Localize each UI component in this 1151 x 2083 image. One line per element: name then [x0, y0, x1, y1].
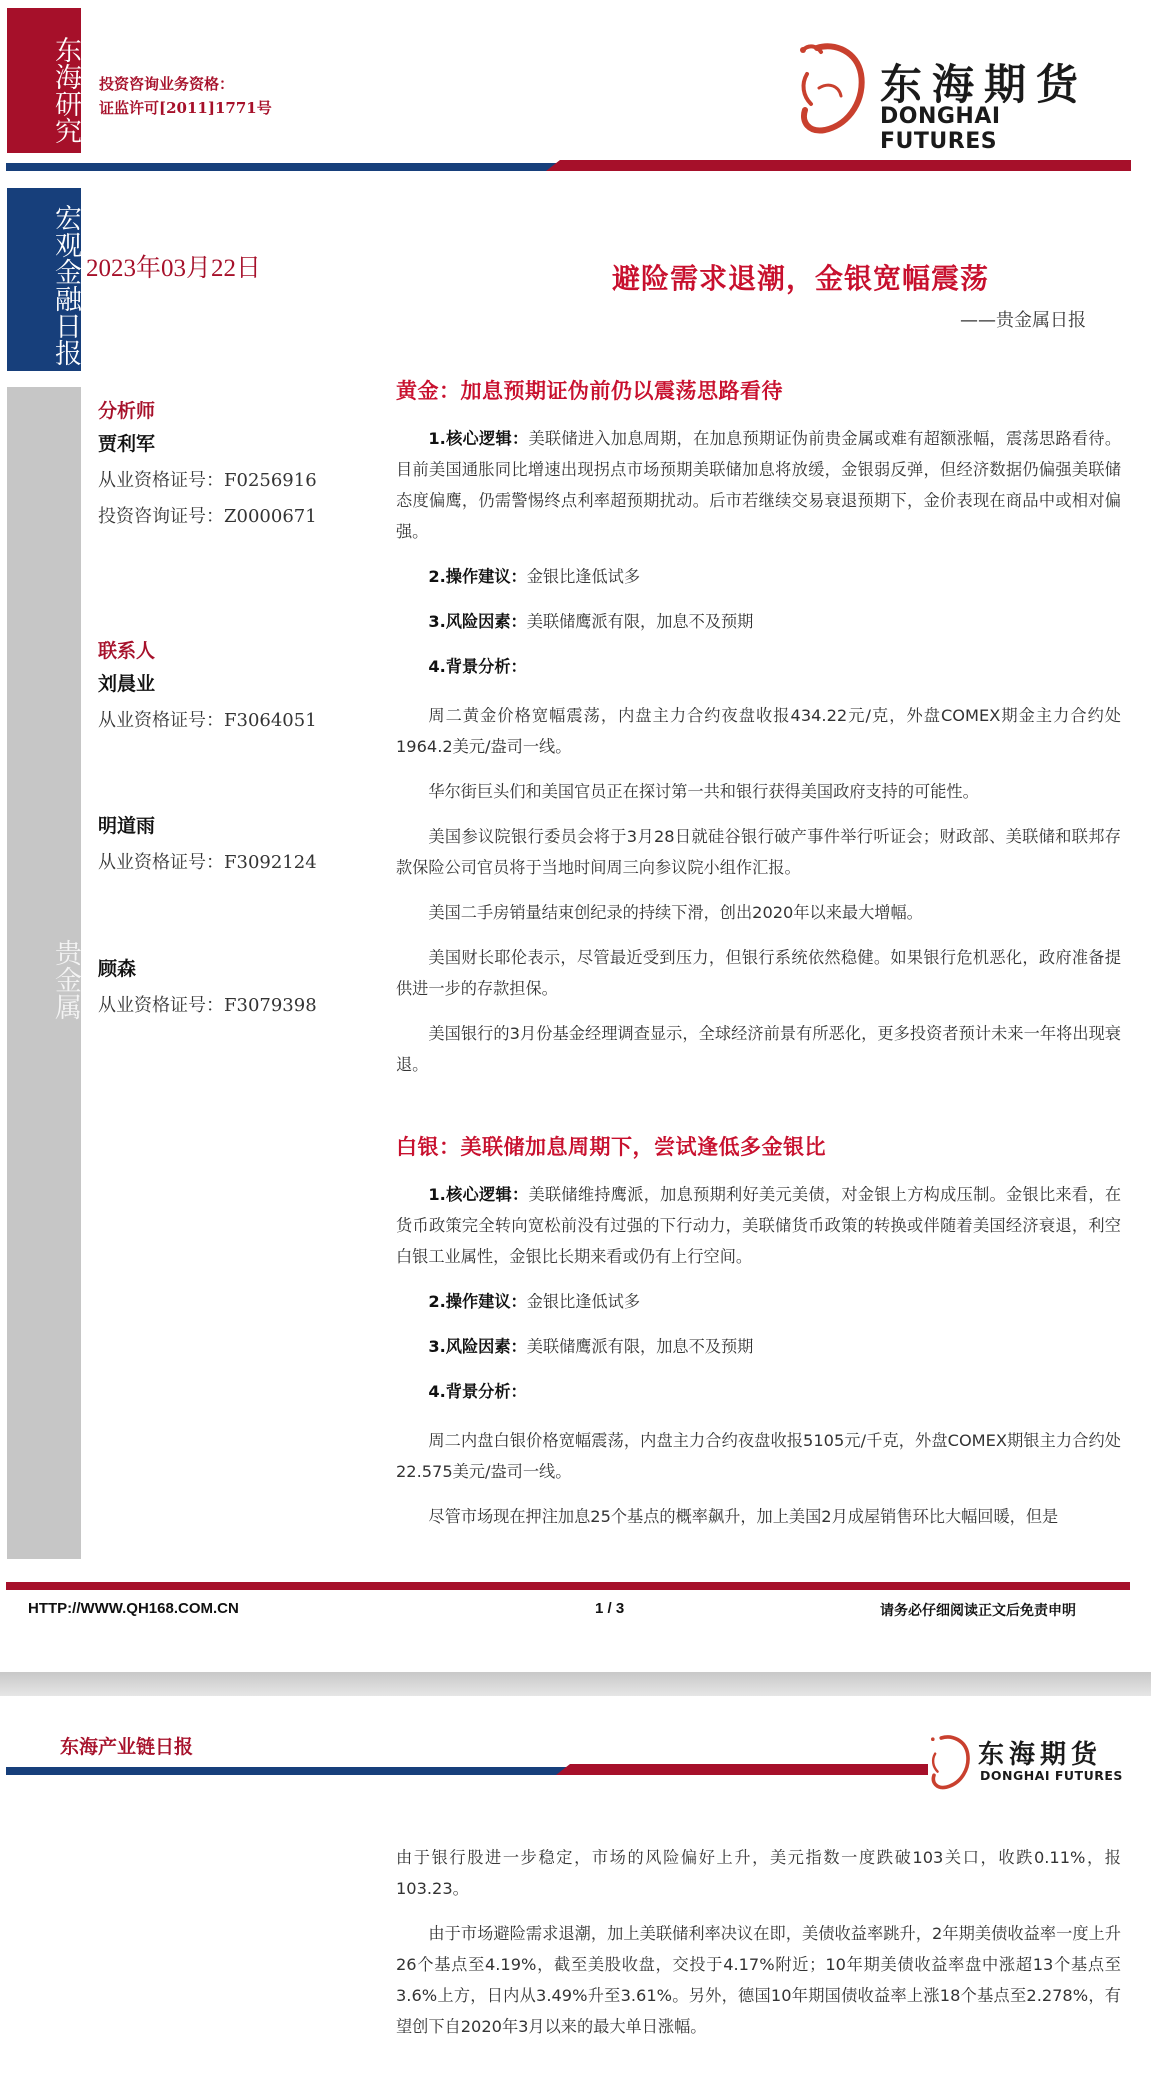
body-paragraph: 由于银行股进一步稳定，市场的风险偏好上升，美元指数一度跌破103关口，收跌0.1… [396, 1842, 1121, 1904]
gold-background-paragraph: 华尔街巨头们和美国官员正在探讨第一共和银行获得美国政府支持的可能性。 [396, 776, 1121, 807]
page2-header-title: 东海产业链日报 [60, 1732, 193, 1759]
risk-label: 3.风险因素： [428, 612, 526, 631]
dragon-logo-icon [928, 1732, 976, 1792]
gold-background-paragraph: 美国参议院银行委员会将于3月28日就硅谷银行破产事件举行听证会；财政部、美联储和… [396, 821, 1121, 883]
analyst-block: 分析师 贾利军 从业资格证号：F0256916 投资咨询证号：Z0000671 [98, 396, 317, 528]
contact-cert: 从业资格证号：F3092124 [98, 848, 317, 874]
logo-chinese-text: 东海期货 [880, 52, 1088, 112]
gold-background-label: 4.背景分析： [396, 651, 1121, 682]
contact-block-2: 明道雨 从业资格证号：F3092124 [98, 805, 317, 874]
qualification-block: 投资咨询业务资格： 证监许可[2011]1771号 [99, 72, 272, 120]
contact-block-3: 顾森 从业资格证号：F3079398 [98, 948, 317, 1017]
contact-block-1: 联系人 刘晨业 从业资格证号：F3064051 [98, 636, 317, 732]
report-page-2: 东海产业链日报 东海期货 DONGHAI FUTURES 由于银行股进一步稳定，… [0, 1696, 1151, 2083]
logo-english-text: DONGHAI FUTURES [980, 1768, 1123, 1783]
page2-company-logo: 东海期货 DONGHAI FUTURES [928, 1732, 1138, 1790]
category-tag: 宏观金融日报 [7, 188, 81, 371]
core-logic-label: 1.核心逻辑： [428, 1185, 528, 1204]
divider-red-segment [546, 160, 1131, 171]
dragon-logo-icon [795, 38, 875, 138]
sector-tag: 贵金属 [7, 387, 81, 1559]
contact-cert: 从业资格证号：F3064051 [98, 706, 317, 732]
gold-background-paragraph: 周二黄金价格宽幅震荡，内盘主力合约夜盘收报434.22元/克，外盘COMEX期金… [396, 700, 1121, 762]
report-subtitle: ——贵金属日报 [960, 306, 1086, 332]
silver-background-paragraph: 尽管市场现在押注加息25个基点的概率飙升，加上美国2月成屋销售环比大幅回暖，但是 [396, 1501, 1121, 1532]
page-number: 1 / 3 [595, 1600, 624, 1617]
report-date: 2023年03月22日 [86, 248, 261, 284]
contact-name: 顾森 [98, 954, 317, 981]
advice-label: 2.操作建议： [428, 1292, 526, 1311]
page2-body: 由于银行股进一步稳定，市场的风险偏好上升，美元指数一度跌破103关口，收跌0.1… [396, 1842, 1121, 2042]
footer-divider [6, 1582, 1130, 1590]
divider-blue-segment [6, 163, 556, 171]
silver-heading: 白银：美联储加息周期下，尝试逢低多金银比 [396, 1132, 1121, 1163]
gold-background-paragraph: 美国财长耶伦表示，尽管最近受到压力，但银行系统依然稳健。如果银行危机恶化，政府准… [396, 942, 1121, 1004]
core-logic-label: 1.核心逻辑： [428, 429, 528, 448]
contact-cert: 从业资格证号：F3079398 [98, 991, 317, 1017]
contacts-label: 联系人 [98, 636, 317, 663]
page-separator [0, 1672, 1151, 1696]
footer-website-link[interactable]: HTTP://WWW.QH168.COM.CN [28, 1600, 239, 1617]
gold-heading: 黄金：加息预期证伪前仍以震荡思路看待 [396, 376, 1121, 407]
gold-section: 黄金：加息预期证伪前仍以震荡思路看待 1.核心逻辑：美联储进入加息周期，在加息预… [396, 376, 1121, 1080]
silver-section: 白银：美联储加息周期下，尝试逢低多金银比 1.核心逻辑：美联储维持鹰派，加息预期… [396, 1132, 1121, 1532]
gold-background-paragraph: 美国银行的3月份基金经理调查显示，全球经济前景有所恶化，更多投资者预计未来一年将… [396, 1018, 1121, 1080]
research-tag: 东海研究 [7, 8, 81, 153]
silver-background-label: 4.背景分析： [396, 1376, 1121, 1407]
company-logo: 东海期货 DONGHAI FUTURES [795, 38, 1125, 138]
analyst-advisory-cert: 投资咨询证号：Z0000671 [98, 502, 317, 528]
analyst-name: 贾利军 [98, 429, 317, 456]
gold-risk: 3.风险因素：美联储鹰派有限，加息不及预期 [396, 606, 1121, 637]
logo-chinese-text: 东海期货 [978, 1734, 1102, 1771]
qualification-number: 证监许可[2011]1771号 [99, 96, 272, 120]
report-page-1: 东海研究 投资咨询业务资格： 证监许可[2011]1771号 东海期货 DONG… [0, 0, 1151, 1670]
advice-label: 2.操作建议： [428, 567, 526, 586]
analyst-label: 分析师 [98, 396, 317, 423]
silver-core-logic: 1.核心逻辑：美联储维持鹰派，加息预期利好美元美债，对金银上方构成压制。金银比来… [396, 1179, 1121, 1272]
divider-blue-segment [6, 1767, 566, 1775]
logo-english-text: DONGHAI FUTURES [880, 104, 1125, 154]
gold-advice: 2.操作建议：金银比逢低试多 [396, 561, 1121, 592]
silver-advice: 2.操作建议：金银比逢低试多 [396, 1286, 1121, 1317]
contact-name: 明道雨 [98, 811, 317, 838]
silver-background-paragraph: 周二内盘白银价格宽幅震荡，内盘主力合约夜盘收报5105元/千克，外盘COMEX期… [396, 1425, 1121, 1487]
silver-risk: 3.风险因素：美联储鹰派有限，加息不及预期 [396, 1331, 1121, 1362]
gold-background-paragraph: 美国二手房销量结束创纪录的持续下滑，创出2020年以来最大增幅。 [396, 897, 1121, 928]
footer-disclaimer: 请务必仔细阅读正文后免责申明 [880, 1600, 1076, 1620]
report-title: 避险需求退潮，金银宽幅震荡 [612, 257, 989, 297]
risk-label: 3.风险因素： [428, 1337, 526, 1356]
body-paragraph: 由于市场避险需求退潮，加上美联储利率决议在即，美债收益率跳升，2年期美债收益率一… [396, 1918, 1121, 2042]
analyst-cert: 从业资格证号：F0256916 [98, 466, 317, 492]
header-divider [6, 160, 1126, 170]
qualification-label: 投资咨询业务资格： [99, 72, 272, 96]
gold-core-logic: 1.核心逻辑：美联储进入加息周期，在加息预期证伪前贵金属或难有超额涨幅，震荡思路… [396, 423, 1121, 547]
contact-name: 刘晨业 [98, 669, 317, 696]
